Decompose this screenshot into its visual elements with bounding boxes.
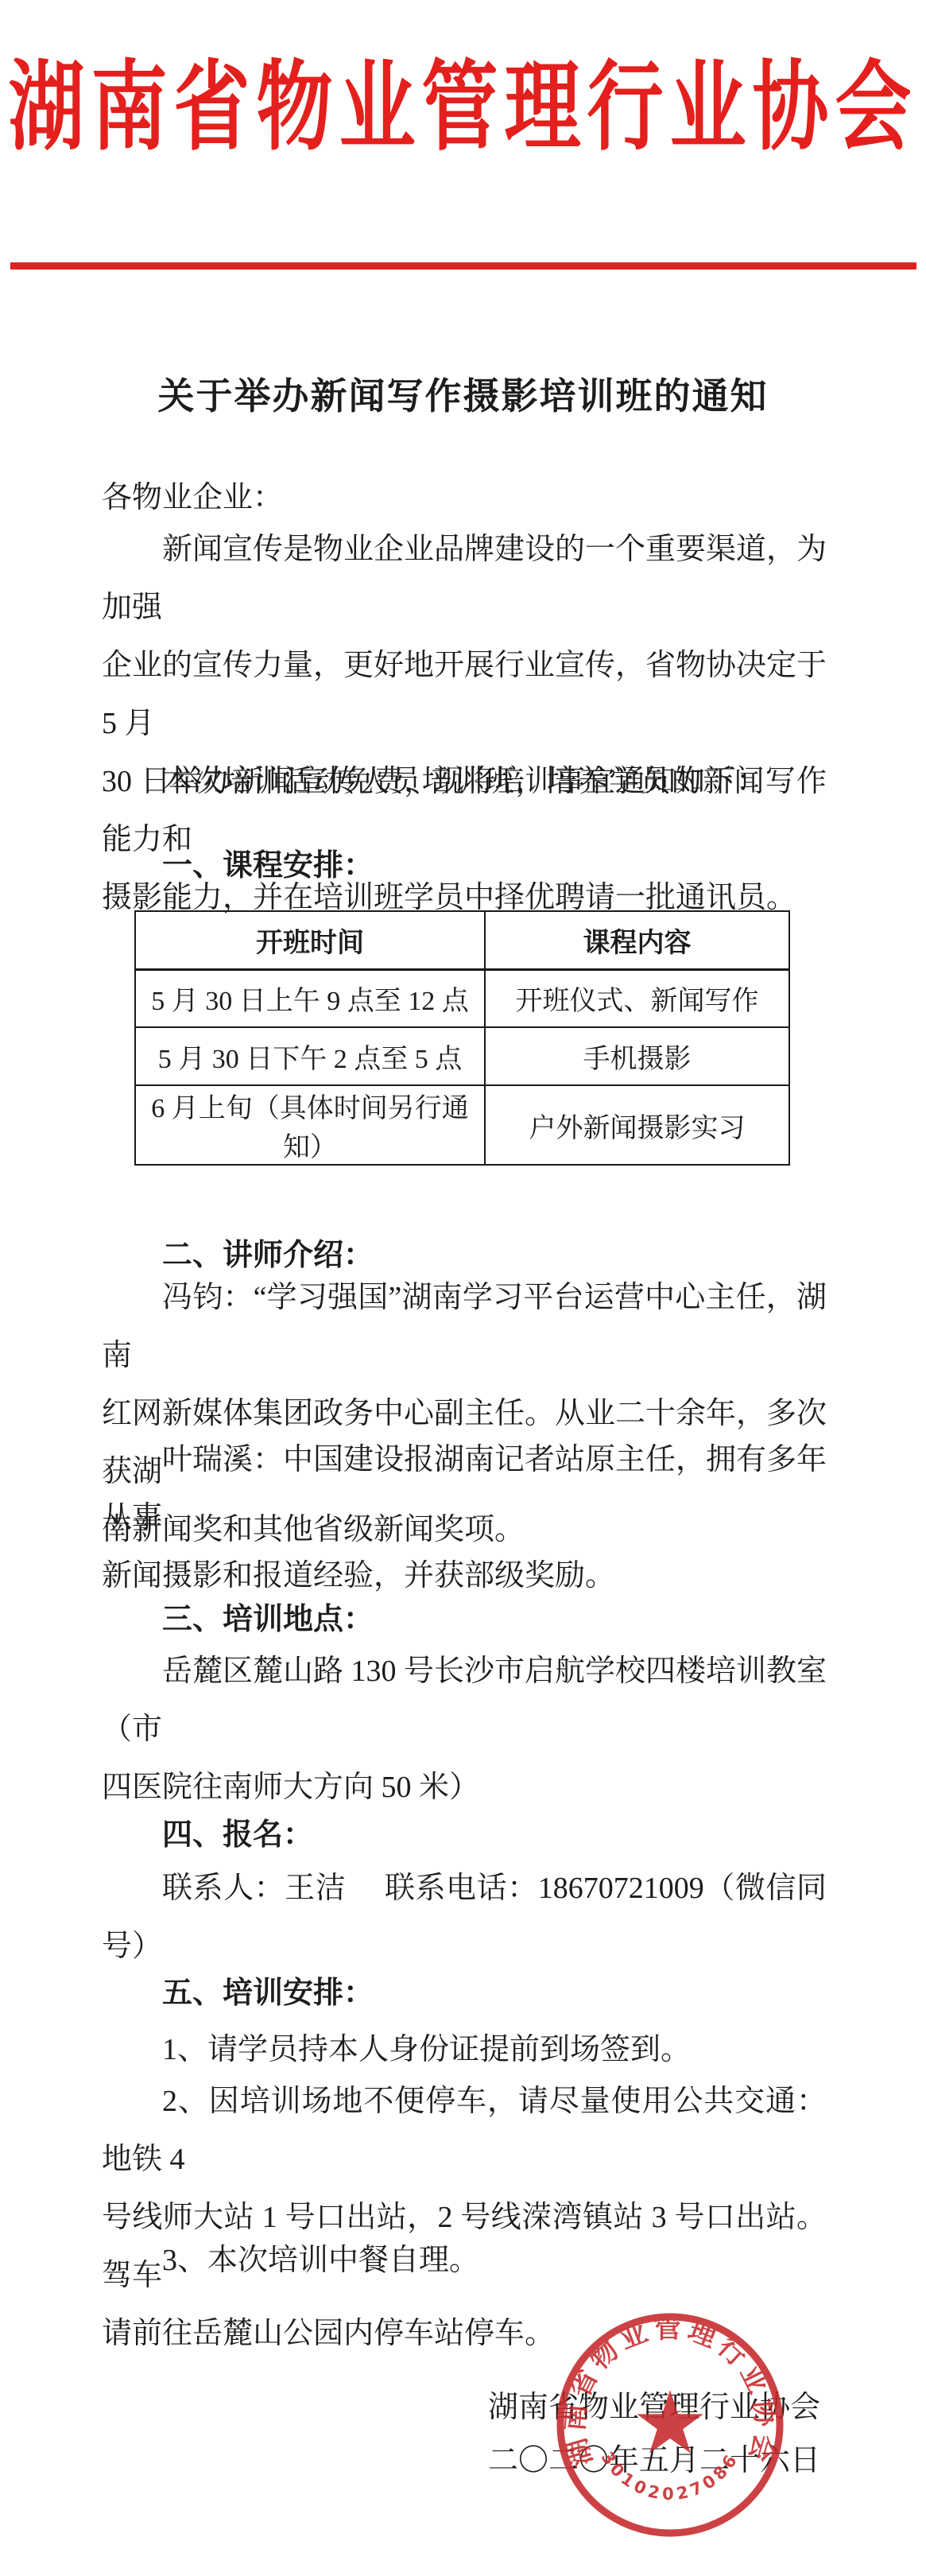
section-1-heading: 一、课程安排：: [102, 837, 827, 895]
salutation: 各物业企业：: [102, 469, 827, 527]
notice-document: 湖南省物业管理行业协会 关于举办新闻写作摄影培训班的通知 各物业企业： 新闻宣传…: [0, 0, 926, 2576]
lecturer-1-line: 冯钧：“学习强国”湖南学习平台运营中心主任，湖南: [102, 1269, 827, 1385]
document-title: 关于举办新闻写作摄影培训班的通知: [0, 367, 926, 420]
arrangement-item-1: 1、请学员持本人身份证提前到场签到。: [102, 2021, 827, 2079]
table-row: 6 月上旬（具体时间另行通知） 户外新闻摄影实习: [135, 1085, 789, 1165]
column-header-content: 课程内容: [485, 911, 789, 969]
section-5-heading: 五、培训安排：: [102, 1965, 827, 2023]
lecturer-2-line: 叶瑞溪：中国建设报湖南记者站原主任，拥有多年从事: [102, 1431, 827, 1547]
arrangement-item-3: 3、本次培训中餐自理。: [102, 2232, 827, 2290]
cell-time: 5 月 30 日下午 2 点至 5 点: [135, 1027, 485, 1085]
official-seal: 湖南省物业管理行业协会 4301020270861: [551, 2306, 789, 2544]
location-line: 岳麓区麓山路 130 号长沙市启航学校四楼培训教室（市: [102, 1643, 827, 1759]
letterhead-org-name: 湖南省物业管理行业协会: [0, 57, 926, 160]
free-notice-paragraph: 本次培训活动免费，现将培训事宜通知如下：: [102, 753, 827, 811]
arrangement-2-line: 2、因培训场地不便停车，请尽量使用公共交通：地铁 4: [102, 2073, 827, 2189]
section-3-heading: 三、培训地点：: [102, 1591, 827, 1649]
table-row: 5 月 30 日上午 9 点至 12 点 开班仪式、新闻写作: [135, 969, 789, 1027]
column-header-time: 开班时间: [135, 911, 485, 969]
lecturer-2-paragraph: 叶瑞溪：中国建设报湖南记者站原主任，拥有多年从事 新闻摄影和报道经验，并获部级奖…: [102, 1431, 827, 1605]
cell-content: 手机摄影: [485, 1027, 789, 1085]
star-icon: [637, 2390, 703, 2454]
schedule-table: 开班时间 课程内容 5 月 30 日上午 9 点至 12 点 开班仪式、新闻写作…: [134, 910, 790, 1166]
table-row: 5 月 30 日下午 2 点至 5 点 手机摄影: [135, 1027, 789, 1085]
contact-line: 联系人：王洁 联系电话：18670721009（微信同号）: [102, 1860, 827, 1976]
location-paragraph: 岳麓区麓山路 130 号长沙市启航学校四楼培训教室（市 四医院往南师大方向 50…: [102, 1643, 827, 1817]
section-4-heading: 四、报名：: [102, 1806, 827, 1864]
intro-line: 企业的宣传力量，更好地开展行业宣传，省物协决定于 5 月: [102, 637, 827, 753]
letterhead-rule: [10, 262, 916, 270]
cell-content: 户外新闻摄影实习: [485, 1085, 789, 1165]
cell-time: 6 月上旬（具体时间另行通知）: [135, 1085, 485, 1165]
table-header-row: 开班时间 课程内容: [135, 911, 789, 969]
cell-time: 5 月 30 日上午 9 点至 12 点: [135, 969, 485, 1027]
intro-line: 新闻宣传是物业企业品牌建设的一个重要渠道，为加强: [102, 521, 827, 637]
cell-content: 开班仪式、新闻写作: [485, 969, 789, 1027]
